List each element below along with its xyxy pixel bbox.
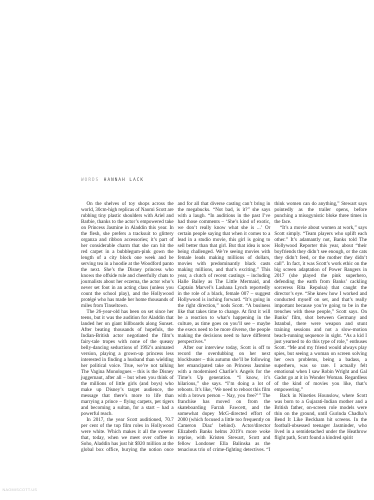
page-canvas: WORDSHANNAH LACK On the shelves of toy s… bbox=[0, 0, 374, 500]
article-paragraph: On the shelves of toy shops across the w… bbox=[81, 201, 174, 309]
byline-label: WORDS bbox=[81, 178, 99, 183]
article-paragraph: Back in Nineties Hounslow, where Scott w… bbox=[274, 393, 367, 441]
article-body: On the shelves of toy shops across the w… bbox=[81, 201, 367, 453]
magazine-page: WORDSHANNAH LACK On the shelves of toy s… bbox=[0, 0, 374, 500]
byline: WORDSHANNAH LACK bbox=[81, 178, 144, 183]
watermark: NAOMISCOTT.US bbox=[3, 488, 38, 493]
article-paragraph: The 26-year-old has been on set since he… bbox=[81, 309, 174, 417]
article-paragraph: “It’s a movie about women at work,” says… bbox=[274, 225, 367, 393]
byline-author: HANNAH LACK bbox=[104, 178, 144, 183]
